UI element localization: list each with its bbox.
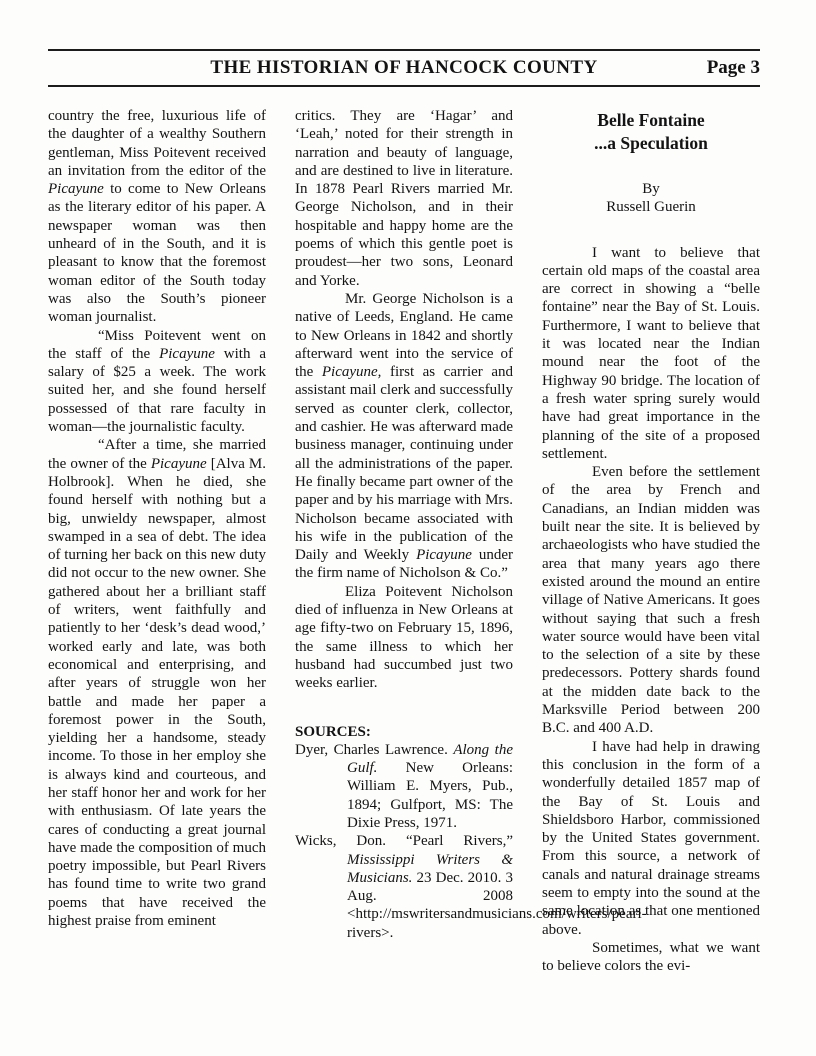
column-3-body: I want to believe that certain old maps … xyxy=(542,244,760,976)
article-paragraph: “After a time, she married the owner of … xyxy=(48,436,266,930)
byline-by: By xyxy=(542,180,760,198)
article-title-line1: Belle Fontaine xyxy=(597,110,704,130)
sources-heading: SOURCES: xyxy=(295,723,513,741)
article-paragraph: country the free, luxurious life of the … xyxy=(48,107,266,327)
source-entry: Wicks, Don. “Pearl Rivers,” Mississippi … xyxy=(295,832,513,942)
article-title: Belle Fontaine ...a Speculation xyxy=(542,109,760,155)
article-title-line2: ...a Speculation xyxy=(594,133,708,153)
byline: By Russell Guerin xyxy=(542,180,760,217)
article-columns: country the free, luxurious life of the … xyxy=(48,107,766,975)
article-paragraph: Mr. George Nicholson is a native of Leed… xyxy=(295,290,513,583)
column-1: country the free, luxurious life of the … xyxy=(48,107,266,975)
page-header: THE HISTORIAN OF HANCOCK COUNTY Page 3 xyxy=(48,49,760,87)
article-paragraph: I have had help in drawing this conclusi… xyxy=(542,738,760,939)
newsletter-page: THE HISTORIAN OF HANCOCK COUNTY Page 3 c… xyxy=(0,0,816,1056)
newsletter-title: THE HISTORIAN OF HANCOCK COUNTY xyxy=(48,51,760,85)
article-paragraph: critics. They are ‘Hagar’ and ‘Leah,’ no… xyxy=(295,107,513,290)
article-paragraph: “Miss Poitevent went on the staff of the… xyxy=(48,327,266,437)
article-paragraph: Eliza Poitevent Nicholson died of influe… xyxy=(295,583,513,693)
article-paragraph: Sometimes, what we want to believe color… xyxy=(542,939,760,976)
column-3: Belle Fontaine ...a Speculation By Russe… xyxy=(542,107,760,975)
article-paragraph: I want to believe that certain old maps … xyxy=(542,244,760,464)
sources-section: SOURCES: Dyer, Charles Lawrence. Along t… xyxy=(295,723,513,943)
column-2: critics. They are ‘Hagar’ and ‘Leah,’ no… xyxy=(295,107,513,975)
source-entry: Dyer, Charles Lawrence. Along the Gulf. … xyxy=(295,741,513,832)
article-paragraph: Even before the settlement of the area b… xyxy=(542,463,760,737)
page-number: Page 3 xyxy=(707,51,760,85)
byline-author: Russell Guerin xyxy=(542,198,760,216)
